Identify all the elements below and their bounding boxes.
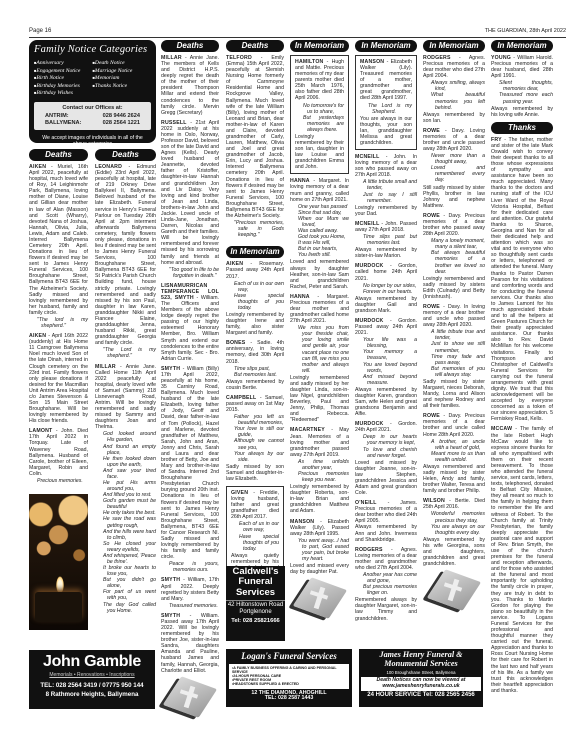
notice-signoff: Remembered always by daughter Margaret, …	[355, 597, 417, 621]
notice-verse: You went away...I had to part, God eased…	[290, 538, 349, 562]
notice-verse: Deep in our hearts your memory is kept,T…	[355, 434, 417, 458]
notice-verse: One year has passedSince that sad day,Wh…	[290, 204, 349, 259]
notice-verse: No longer by our sides,Forever in our he…	[355, 283, 417, 295]
section-header-thanks: Thanks	[491, 122, 553, 134]
notice: CAMPBELL - Samuel, passed away on 1st Ma…	[226, 395, 284, 482]
notice: MURDOCK - Gordon. 24th April 2021.Deep i…	[355, 421, 417, 496]
notice: RUSSELL - 21st April 2022 suddenly at hi…	[161, 120, 219, 279]
notice-signoff: Lovingly remembered by daughter Roberta,…	[290, 484, 349, 514]
notice-verse: Another year has come and gone,But preci…	[355, 572, 417, 596]
notice-signoff: Sadly missed by sister Margaret, nieces …	[423, 379, 485, 409]
notice-verse: God looked around His garden,And found a…	[95, 431, 156, 613]
category-item: Marriage Notice	[93, 68, 152, 75]
section-header-in-memoriam: In Memoriam	[290, 40, 349, 52]
notice-signoff: Always remembered by sister-in-law Mario…	[355, 247, 417, 259]
section-header-deaths: Deaths	[29, 149, 88, 161]
section-header-deaths: Deaths	[226, 40, 284, 52]
notice: MCNEILL - John. In loving memory of a de…	[355, 154, 417, 217]
category-item: Anniversary	[34, 60, 93, 67]
notice: FRY - The father, mother and sister of t…	[491, 137, 553, 423]
section-header-in-memoriam: In Memoriam	[423, 40, 485, 52]
notice: HAMILTON - Hugh and Mattie. Precious mem…	[295, 59, 344, 170]
ad-john-gamble: John Gamble Memorials • Renovations • In…	[29, 650, 155, 709]
notice-signoff: Loved and missed by daughter Joanne, son…	[355, 460, 417, 496]
notice: MILLAR - Annie Jane. Called Home 11th Ap…	[95, 364, 156, 614]
notice-text: - Elizabeth Walker (Lily). Treasured mem…	[360, 59, 412, 101]
notice-verse: No tomorrow's for us to share,But yester…	[295, 103, 344, 133]
notice: MCCAW - The family of the late Robert Hu…	[491, 426, 553, 693]
notice-verse: We miss you from your fireside chair, yo…	[290, 325, 349, 374]
notice: O'NEILL - James. Precious memories of a …	[355, 500, 417, 543]
notice-verse: Peace is yours, memories ours.	[161, 561, 219, 573]
notice: AIKEN - Rosemary. Passed away 24th April…	[226, 261, 284, 336]
notice-text: - Edmund (Eddie) 23rd April 2022, peacef…	[95, 164, 156, 346]
notice: LISNAMURRICAN TEMPERANCE LOL 523, SMYTH …	[161, 283, 219, 362]
column-memoriam-4: In Memoriam HAMILTON - Hugh and Mattie. …	[290, 40, 349, 627]
ad-logans: Logan's Funeral Services A FAMILY BUSINE…	[226, 649, 352, 707]
boxed-notice-hamilton: HAMILTON - Hugh and Mattie. Precious mem…	[290, 55, 349, 174]
masthead: THE GUARDIAN, 28th April 2022	[485, 28, 566, 34]
notice: SMYTH - William, 17th April 2022. Deeply…	[161, 577, 219, 608]
notice-text: - The father, mother and sister of the l…	[491, 137, 553, 423]
notice-verse: Treasured memories.	[161, 603, 219, 609]
notice-verse: "Precious memories, safe in Gods keeping…	[226, 220, 284, 238]
notice-text: - William. Passed away 17th April 2022. …	[161, 613, 219, 674]
ad-caldwells: Caldwell's Funeral Services 42 Hiltonsto…	[226, 566, 285, 641]
notice: SMYTH - William. Passed away 17th April …	[161, 613, 219, 674]
notice: MURDOCK - Gordon, called home 24th April…	[355, 263, 417, 314]
column-deaths-2: Deaths MILLAR - Annie Jane. The members …	[161, 40, 219, 726]
notice-verse: Never more than a thought away,Loved and…	[423, 153, 485, 183]
notice-text: - 21st April 2022 suddenly at his home i…	[161, 120, 219, 266]
notice-text: - John. Died 17th April 2022 in Torquay.…	[29, 428, 88, 477]
notice-signoff: Always remembered by his wife Georgina, …	[423, 537, 485, 567]
notice: YOUNG - William Harold. Precious memorie…	[491, 55, 553, 118]
column-memoriam-6: In Memoriam RODGERS - Agnes. Precious me…	[423, 40, 485, 619]
notice: MANSON - Elizabeth Walker (Lily). Passed…	[290, 519, 349, 576]
notice: MCNEILL - John. Passed away 27th April 2…	[355, 221, 417, 259]
notice-verse: Many a lonely moment, many a silent tear…	[423, 238, 485, 274]
notice: WILSON - Bertie. Died 25th April 2016.Wo…	[423, 498, 485, 567]
notice-verse: Your life was a blessing,Your memory a t…	[355, 337, 417, 386]
notice: AIKEN - April 16th 2022 (suddenly) at Hi…	[29, 333, 88, 424]
notice-text: - The family of the late Robert Hugh McC…	[491, 426, 553, 693]
notice-verse: "Too good in life to be forgotten in dea…	[161, 267, 219, 279]
notice-signoff: Sadly missed by son Samuel and daughter-…	[226, 464, 284, 482]
notice-signoff: Lovingly remembered by your Dad.	[355, 205, 417, 217]
bible-icon	[427, 571, 481, 615]
notice: AIKEN - Muriel, 16th April 2022, peacefu…	[29, 164, 88, 329]
notice-verse: Time slips past,But memories last.	[226, 366, 284, 378]
notice-verse: Each of us in our own way,Have special t…	[231, 521, 279, 551]
notice: TELFORD - Emily (Emma) 15th April 2022, …	[226, 55, 284, 238]
notice: GIVEN - Freddie, loving husband, father …	[231, 490, 279, 577]
notice-verse: A little tribute true and tender,Just to…	[423, 329, 485, 378]
category-item: Birthday Wishes	[34, 90, 93, 97]
notice-verse: A little tribute small and tender,Just t…	[355, 179, 417, 203]
notice: BONES - Sadie. 4th anniversary, in lovin…	[226, 340, 284, 391]
logan-services: A FAMILY BUSINESS OFFERING A CARING AND …	[229, 664, 349, 689]
notice-verse: Father you left us beautiful memories,Yo…	[226, 414, 284, 463]
family-notice-categories: Family Notice Categories AnniversaryDeat…	[29, 40, 156, 143]
notice: HANNA - Margaret. Precious memories of a…	[290, 294, 349, 424]
notice-signoff: Always remembered by his loving wife Ann…	[491, 106, 553, 118]
notice-text: - Annie Jane. The members of Kells and D…	[161, 55, 219, 116]
column-deaths-1a: Deaths AIKEN - Muriel, 16th April 2022, …	[29, 149, 88, 630]
notice: ROWE - Davy. Loving memories of a dear b…	[423, 128, 485, 209]
notice-signoff: Lovingly remembered by daughter Irene an…	[226, 312, 284, 336]
page-number: Page 16	[29, 28, 51, 35]
bible-icon	[293, 579, 347, 623]
notice-verse: "The Lord is my shepherd."	[95, 347, 156, 359]
notice: HANNA - Margaret. In loving memory of a …	[290, 178, 349, 289]
office-ballymena: BALLYMENA:028 2564 1221	[39, 120, 146, 127]
notice-verse: Each of us in our own way,Have special t…	[226, 281, 284, 311]
accept-note: We accept images of individuals in all o…	[34, 132, 151, 150]
notice-verse: Precious memories.	[29, 478, 88, 484]
notice-text: - April 16th 2022 (suddenly) at His Home…	[29, 333, 88, 424]
notice: ROWE - Davy. Precious memories of a dear…	[423, 413, 485, 494]
column-deaths-3: Deaths TELFORD - Emily (Emma) 15th April…	[226, 40, 284, 585]
notice-text: - William (Billy) 17th April 2022, peace…	[161, 366, 219, 560]
category-item: Thanks Notice	[93, 83, 152, 90]
notice: MACARTNEY - May Jean. Memories of a lovi…	[290, 427, 349, 514]
notice-text: - Annie Jane. Called Home 11th April 202…	[95, 364, 156, 431]
notice-signoff: Lovingly remembered and sadly missed by …	[423, 276, 485, 300]
section-header-in-memoriam: In Memoriam	[226, 246, 284, 258]
column-memoriam-5: In Memoriam MANSON - Elizabeth Walker (L…	[355, 40, 417, 626]
notice-text: - Hugh and Mattie. Precious memories of …	[295, 59, 344, 101]
category-item: Engagement Notice	[34, 68, 93, 75]
contact-offices: Contact our Offices at: ANTRIM:028 9446 …	[34, 102, 151, 130]
notice: SMYTH - William (Billy) 17th April 2022,…	[161, 366, 219, 574]
notice: MANSON - Elizabeth Walker (Lily). Treasu…	[360, 59, 412, 146]
notice-signoff: Still sadly missed by sister Phyllis, br…	[423, 185, 485, 209]
notice-verse: Always smiling, always kind,What beautif…	[423, 80, 485, 110]
boxed-notice-manson: MANSON - Elizabeth Walker (Lily). Treasu…	[355, 55, 417, 150]
notice-signoff: Always remembered by son Ian.	[423, 112, 485, 124]
notice-text: - Emily (Emma) 15th April 2022, peaceful…	[226, 55, 284, 219]
notice-signoff: Lovingly remembered and sadly missed by …	[290, 375, 349, 424]
notice: LAMONT - John. Died 17th April 2022 in T…	[29, 428, 88, 484]
notice-verse: Time slips past but memories last.	[355, 234, 417, 246]
notice-text: - William. The Officers and Members of t…	[161, 295, 219, 362]
category-item: Death Notice	[93, 60, 152, 67]
website-box: Death Notices can now be viewed at www.j…	[361, 677, 481, 691]
notice-signoff: Lovingly remembered by their son Ian, da…	[295, 134, 344, 170]
notice-verse: "The lord is my shepherd."	[29, 317, 88, 329]
notice-signoff: Always remembered by daughter Gail and g…	[355, 296, 417, 314]
notice: RODGERS - Agnes. Precious memories of a …	[423, 55, 485, 124]
notice-signoff: Always remembered by cousin Bertie.	[226, 379, 284, 391]
page-header: Page 16 THE GUARDIAN, 28th April 2022	[29, 28, 566, 38]
website-link[interactable]: www.jameshenryfunerals.co.uk	[362, 684, 480, 690]
notice-signoff: Always remembered by daughter Karen, gra…	[355, 387, 417, 417]
notice-verse: As time unfolds another year,Precious me…	[290, 459, 349, 483]
ad-james-henry: James Henry Funeral & Monumental Service…	[359, 649, 483, 707]
notice-signoff: You are always in our thoughts, your son…	[360, 116, 412, 146]
category-item: Birthday Memories	[34, 83, 93, 90]
categories-title: Family Notice Categories	[34, 44, 151, 56]
column-memoriam-thanks-7: In Memoriam YOUNG - William Harold. Prec…	[491, 40, 553, 698]
notice-verse: Silent thoughts, memories dear,Treasured…	[491, 80, 553, 104]
notice-verse: A brother, an uncle with a heart of gold…	[423, 439, 485, 463]
notice-signoff: Always remembered and sadly missed by si…	[423, 464, 485, 494]
notice: MURDOCK - Gordon. Passed away 24th April…	[355, 318, 417, 417]
notice: MILLAR - Annie Jane. The members of Kell…	[161, 55, 219, 116]
notice-signoff: Loved and missed every day by daughter P…	[290, 563, 349, 575]
category-list: AnniversaryDeath NoticeEngagement Notice…	[34, 60, 151, 97]
notice: ROWE - Davy. Precious memories of a dear…	[423, 213, 485, 300]
notice: ROWE - Davy. In loving memory of a dear …	[423, 304, 485, 409]
section-header-deaths: Deaths	[161, 40, 219, 52]
category-item: Birth Notice	[34, 75, 93, 82]
column-deaths-1b: Deaths LEONARD - Edmund (Eddie) 23rd Apr…	[95, 149, 156, 618]
section-header-in-memoriam: In Memoriam	[355, 40, 417, 52]
section-header-in-memoriam: In Memoriam	[491, 40, 553, 52]
notice-text: - Muriel, 16th April 2022, peacefully at…	[29, 164, 88, 316]
bible-icon	[163, 678, 217, 722]
notice-signoff: Loved and remembered always by daughter …	[290, 259, 349, 289]
notice: RODGERS - Agnes. Loving memories of a de…	[355, 547, 417, 622]
category-item: Memoriam	[93, 75, 152, 82]
notice-verse: Wonderful memories precious they stay,Yo…	[423, 511, 485, 535]
section-header-deaths: Deaths	[95, 149, 156, 161]
notice-signoff: Always remembered by Ann and John. Inver…	[355, 524, 417, 542]
notice: LEONARD - Edmund (Eddie) 23rd April 2022…	[95, 164, 156, 360]
candle-image	[29, 494, 88, 630]
notice-verse: The Lord is my Shepherd.	[360, 103, 412, 115]
